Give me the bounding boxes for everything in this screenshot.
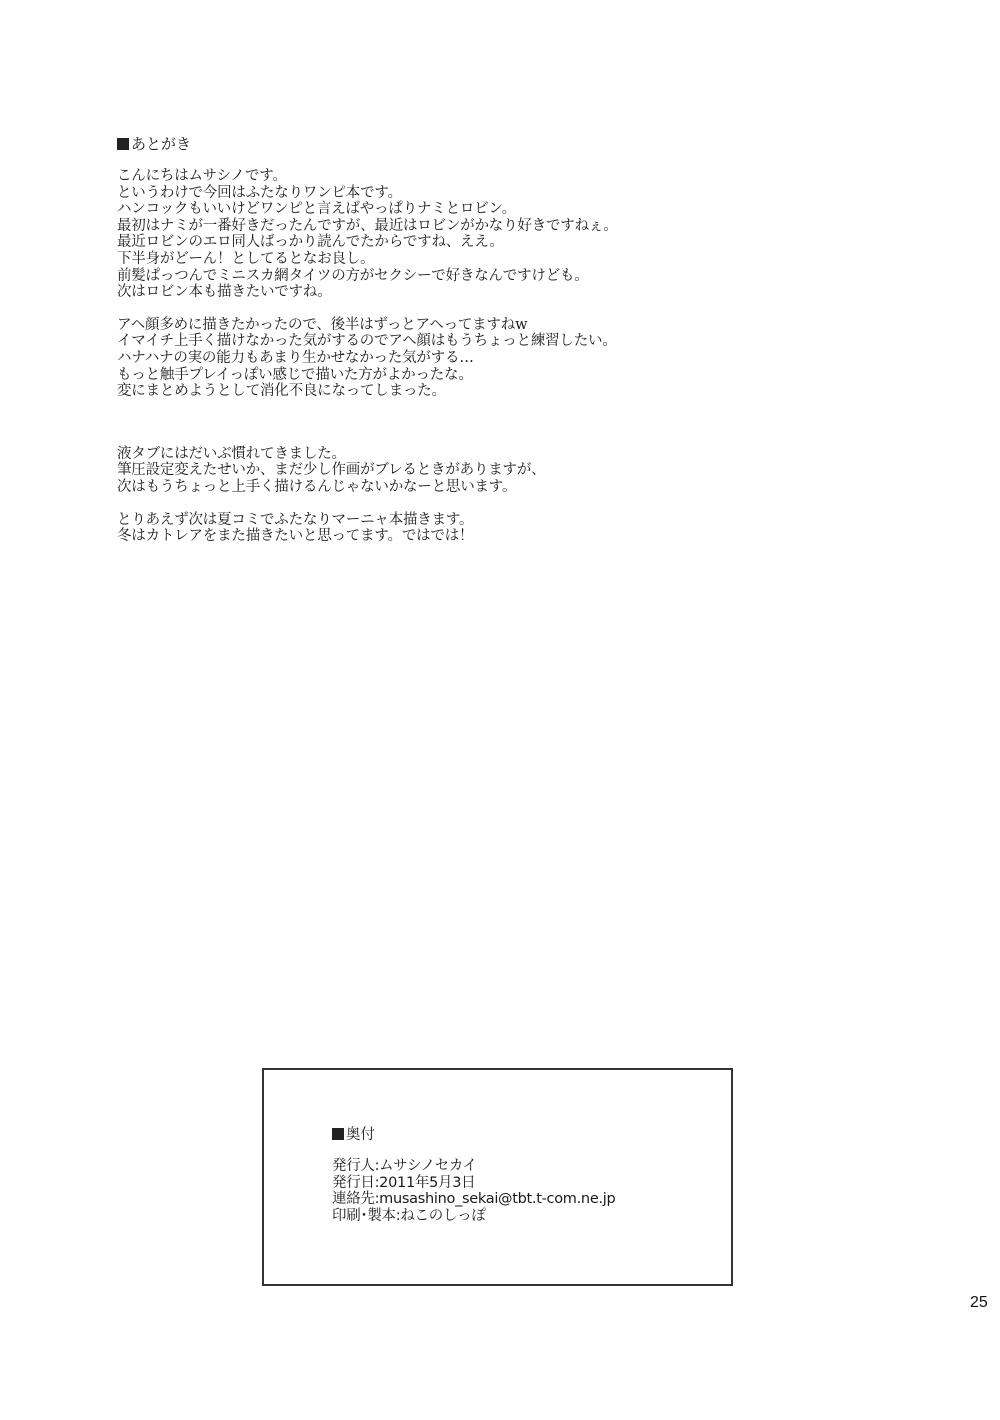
afterword-heading: あとがき <box>117 134 817 154</box>
text-line: こんにちはムサシノです。 <box>117 168 817 185</box>
contact-line: 連絡先:musashino_sekai@tbt.t-com.ne.jp <box>332 1191 615 1208</box>
text-line: 筆圧設定変えたせいか、まだ少し作画がブレるときがありますが、 <box>117 462 817 479</box>
afterword-paragraph-2: アヘ顔多めに描きたかったので、後半はずっとアヘってますねw イマイチ上手く描けな… <box>117 317 817 400</box>
colophon-content: 奥付 発行人:ムサシノセカイ 発行日:2011年5月3日 連絡先:musashi… <box>332 1126 615 1224</box>
colophon-heading: 奥付 <box>332 1126 615 1144</box>
afterword-paragraph-3: 液タブにはだいぶ慣れてきました。 筆圧設定変えたせいか、まだ少し作画がブレるとき… <box>117 446 817 496</box>
text-line: 前髪ぱっつんでミニスカ網タイツの方がセクシーで好きなんですけども。 <box>117 268 817 285</box>
text-line: 下半身がどーん！としてるとなお良し。 <box>117 251 817 268</box>
printer-line: 印刷･製本:ねこのしっぽ <box>332 1208 615 1225</box>
afterword-paragraph-4: とりあえず次は夏コミでふたなりマーニャ本描きます。 冬はカトレアをまた描きたいと… <box>117 512 817 545</box>
text-line: 次はロビン本も描きたいですね。 <box>117 284 817 301</box>
text-line: イマイチ上手く描けなかった気がするのでアヘ顔はもうちょっと練習したい。 <box>117 333 817 350</box>
publisher-line: 発行人:ムサシノセカイ <box>332 1158 615 1175</box>
page-number: 25 <box>970 1294 988 1312</box>
text-line: とりあえず次は夏コミでふたなりマーニャ本描きます。 <box>117 512 817 529</box>
text-line: 冬はカトレアをまた描きたいと思ってます。ではでは！ <box>117 528 817 545</box>
afterword-section: あとがき こんにちはムサシノです。 というわけで今回はふたなりワンピ本です。 ハ… <box>117 134 817 561</box>
text-line: ハンコックもいいけどワンピと言えばやっぱりナミとロビン。 <box>117 201 817 218</box>
text-line: というわけで今回はふたなりワンピ本です。 <box>117 185 817 202</box>
colophon-heading-text: 奥付 <box>346 1127 375 1143</box>
text-line: 最近ロビンのエロ同人ばっかり読んでたからですね、ええ。 <box>117 234 817 251</box>
text-line: ハナハナの実の能力もあまり生かせなかった気がする… <box>117 350 817 367</box>
spacer <box>117 416 817 446</box>
text-line: 最初はナミが一番好きだったんですが、最近はロビンがかなり好きですねぇ。 <box>117 218 817 235</box>
text-line: 変にまとめようとして消化不良になってしまった。 <box>117 383 817 400</box>
text-line: 液タブにはだいぶ慣れてきました。 <box>117 446 817 463</box>
publish-date-line: 発行日:2011年5月3日 <box>332 1175 615 1192</box>
text-line: アヘ顔多めに描きたかったので、後半はずっとアヘってますねw <box>117 317 817 334</box>
afterword-paragraph-1: こんにちはムサシノです。 というわけで今回はふたなりワンピ本です。 ハンコックも… <box>117 168 817 301</box>
colophon-box: 奥付 発行人:ムサシノセカイ 発行日:2011年5月3日 連絡先:musashi… <box>262 1068 733 1286</box>
text-line: 次はもうちょっと上手く描けるんじゃないかなーと思います。 <box>117 479 817 496</box>
text-line: もっと触手プレイっぽい感じで描いた方がよかったな。 <box>117 367 817 384</box>
black-square-bullet-icon <box>117 138 129 150</box>
afterword-heading-text: あとがき <box>131 135 191 153</box>
black-square-bullet-icon <box>332 1128 344 1140</box>
